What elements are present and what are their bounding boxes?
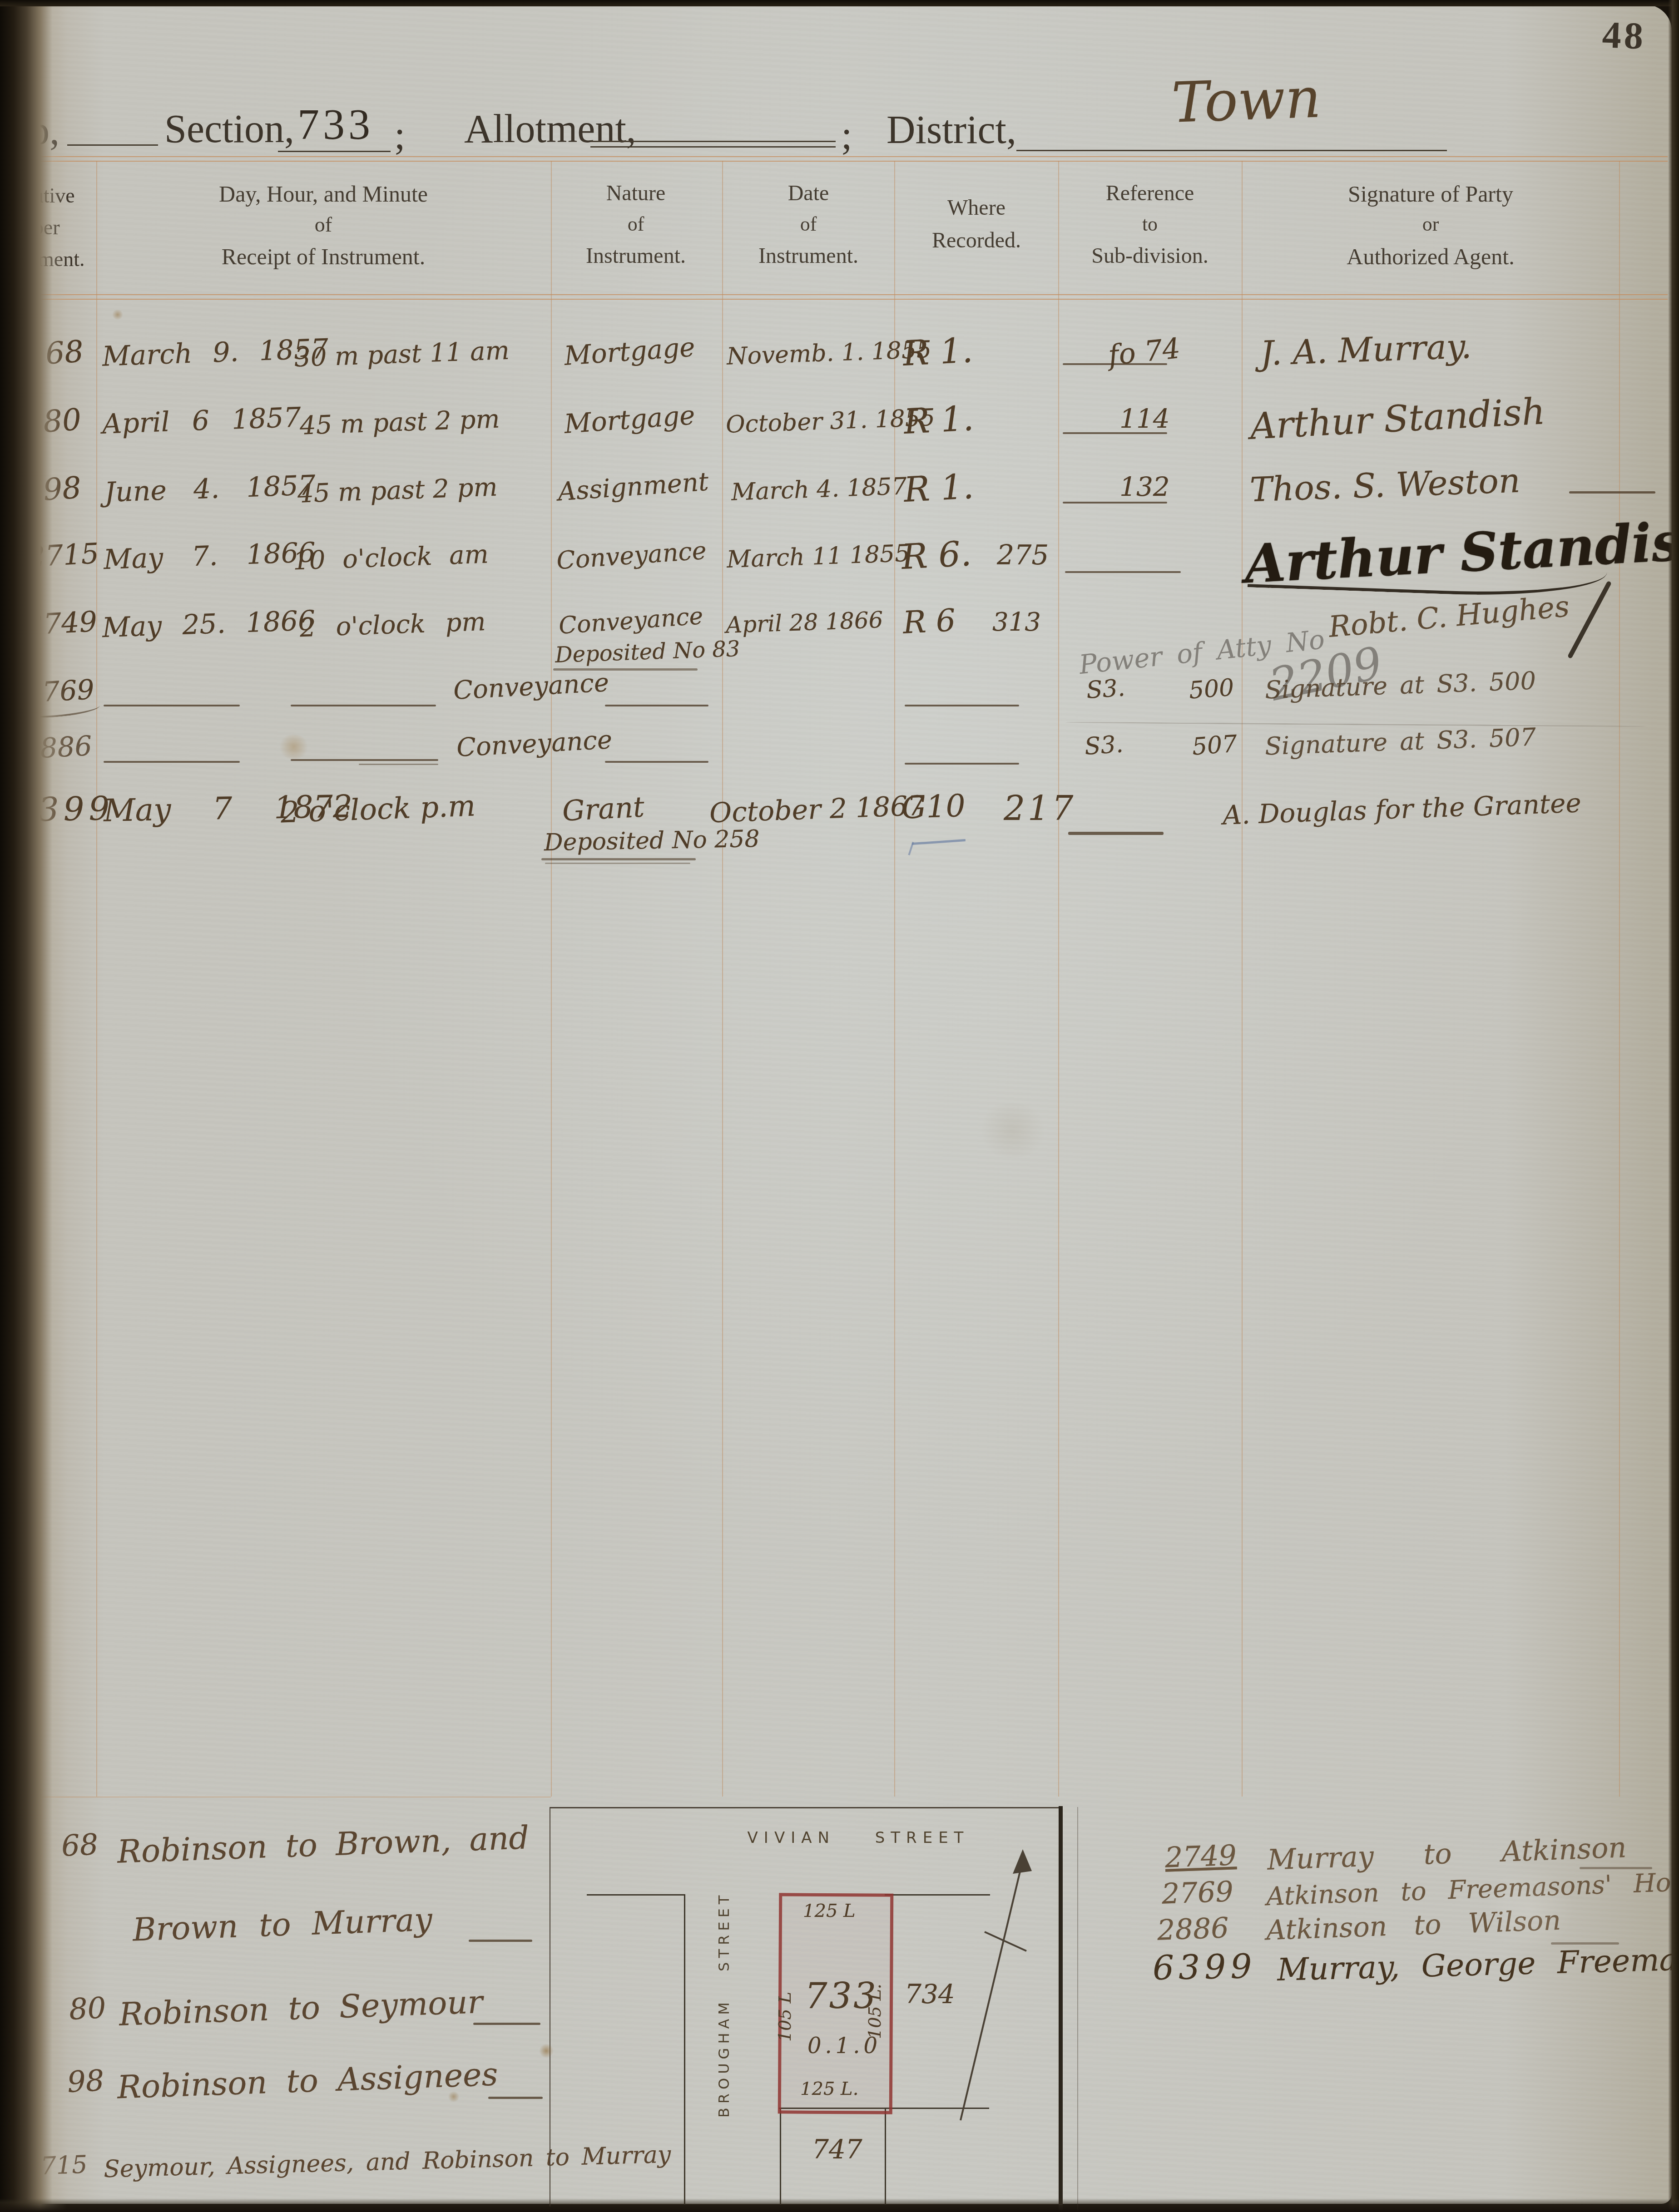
col-header-reference-2: to [1082,212,1218,236]
street-line-vivian-west [587,1894,685,1896]
row-8-nature-note-underline-1 [541,858,696,860]
column-line-2 [551,161,552,1797]
row-3-where-recorded: R 1. [903,466,975,510]
row-7-where-dash [905,763,1019,765]
col-header-signature-1: Signature of Party [1258,181,1603,207]
row-8-reference: 217 [1004,789,1076,828]
note-right-1-number: 2749 [1164,1838,1237,1874]
scan-edge-top [0,0,1679,6]
column-line-3 [722,161,723,1797]
semicolon-1: ; [394,113,405,158]
plot-line-below-right [885,2108,886,2205]
column-line-6 [1242,161,1243,1797]
section-label: Section, [164,106,294,152]
neighbor-plot-below: 747 [812,2134,862,2165]
row-7-receipt-dash-2 [291,759,438,761]
row-7-reference-folio: 507 [1191,731,1238,761]
col-header-receipt-2: of [119,212,528,237]
col-header-date-2: of [740,212,877,236]
note-left-4-dash [488,2097,543,2099]
diagram-border-right-2 [1077,1807,1078,2212]
col-header-reference-1: Reference [1082,181,1218,206]
allotment-label: Allotment, [464,106,636,152]
row-4-where-recorded: R 6. [901,533,972,577]
row-5-date: April 28 1866 [725,607,883,638]
map-underline [67,144,158,146]
stain [448,2091,460,2102]
stain [539,2044,554,2058]
header-top-rule-1 [0,156,1668,157]
note-left-4-number: 98 [66,2064,105,2099]
row-8-where-recorded: G10 [901,788,966,826]
plot-number: 733 [805,1976,878,2017]
note-right-2-number: 2769 [1161,1875,1234,1910]
row-8-nature-note-underline-2 [545,863,690,864]
row-1-where-recorded: R 1. [902,330,974,374]
row-6-reference-book: S3. [1085,674,1126,704]
row-6-reference-folio: 500 [1188,674,1235,705]
col-header-nature-1: Nature [568,181,704,206]
col-header-receipt-3: Receipt of Instrument. [119,243,528,270]
row-5-where-recorded: R 6 [902,602,956,641]
header-top-rule-2 [0,161,1668,162]
row-7-date-dash [605,761,708,763]
allotment-underline-1 [590,141,836,142]
stain [112,310,124,320]
note-left-2-dash [469,1940,532,1942]
row-6-date-dash [605,705,708,706]
row-7-receipt-dash-1 [104,761,240,763]
note-left-3-number: 80 [68,1991,107,2027]
page-number: 48 [1601,13,1646,58]
row-1-subdivision-dash [1063,363,1167,365]
row-2-where-recorded: R 1. [903,398,975,442]
row-7-reference-book: S3. [1084,731,1124,760]
header-bottom-rule-1 [0,294,1668,295]
footer-rule [0,1797,551,1797]
col-header-signature-3: Authorized Agent. [1258,243,1603,270]
col-header-where-2: Recorded. [908,228,1045,253]
section-value: 733 [297,99,374,149]
row-8-subdivision-dash [1068,832,1164,835]
stain [976,1103,1049,1158]
district-underline [1016,150,1447,151]
plot-dim-left: 105 L [775,1971,795,2062]
row-1-signature: J. A. Murray. [1260,327,1472,373]
row-4-reference: 275 [997,539,1049,571]
note-right-4-number: 6399 [1152,1947,1257,1988]
allotment-underline-2 [590,146,836,148]
col-header-receipt-1: Day, Hour, and Minute [119,181,528,207]
row-8-receipt-time: 2 o'clock p.m [280,790,476,830]
diagram-border-top [550,1807,1063,1808]
semicolon-2: ; [841,113,852,158]
stain [278,735,310,759]
row-8-nature-note: Deposited No 258 [544,825,760,856]
row-6-where-dash [905,705,1019,706]
row-6-receipt-dash-2 [291,705,436,706]
district-label: District, [887,107,1016,153]
street-line-brougham [684,1894,685,2205]
row-2-subdivision-dash [1063,432,1167,434]
scanned-ledger-page: 48 ap, Section, 733 ; Allotment, ; Distr… [0,0,1679,2212]
col-header-date-3: Instrument. [740,243,877,268]
paper-wrinkle-highlight [1481,1871,1580,1948]
row-3-subdivision-dash [1063,502,1167,504]
note-left-3-dash [473,2023,540,2025]
plot-area: 0.1.0 [807,2033,881,2059]
col-header-signature-2: or [1258,212,1603,236]
diagram-border-right [1059,1806,1063,2212]
column-line-5 [1058,161,1059,1797]
col-header-nature-2: of [568,212,704,236]
header-bottom-rule-2 [0,299,1668,300]
column-line-7 [1619,161,1620,1797]
section-underline [278,151,391,152]
column-line-1 [96,161,97,1797]
diagram-border-left [550,1807,550,2207]
north-arrow [945,1841,1049,2132]
row-5-reference: 313 [992,607,1041,637]
col-header-reference-3: Sub-division. [1082,243,1218,268]
note-right-3-number: 2886 [1157,1911,1229,1946]
street-label-vivian: VIVIAN STREET [745,1829,972,1847]
row-4-subdivision-dash [1065,571,1181,573]
scan-edge-right [1668,0,1679,2212]
row-8-nature: Grant [561,790,645,827]
col-header-date-1: Date [740,181,877,206]
col-header-nature-3: Instrument. [568,243,704,268]
plot-dim-bottom: 125 L. [800,2079,858,2099]
row-7-receipt-dash-3 [359,764,438,765]
district-value: Town [1171,65,1322,135]
scan-edge-bottom [0,2198,1679,2212]
street-label-brougham: BROUGHAM STREET [715,1886,733,2123]
plot-dim-top: 125 L [803,1901,856,1921]
row-3-reference: 132 [1119,471,1170,502]
row-3-signature-dash [1569,491,1655,494]
plot-line-below-left [780,2108,781,2205]
col-header-where-1: Where [908,195,1045,220]
row-2-reference: 114 [1119,403,1170,434]
row-6-receipt-dash-1 [104,705,240,706]
book-gutter-shadow [0,0,68,2212]
